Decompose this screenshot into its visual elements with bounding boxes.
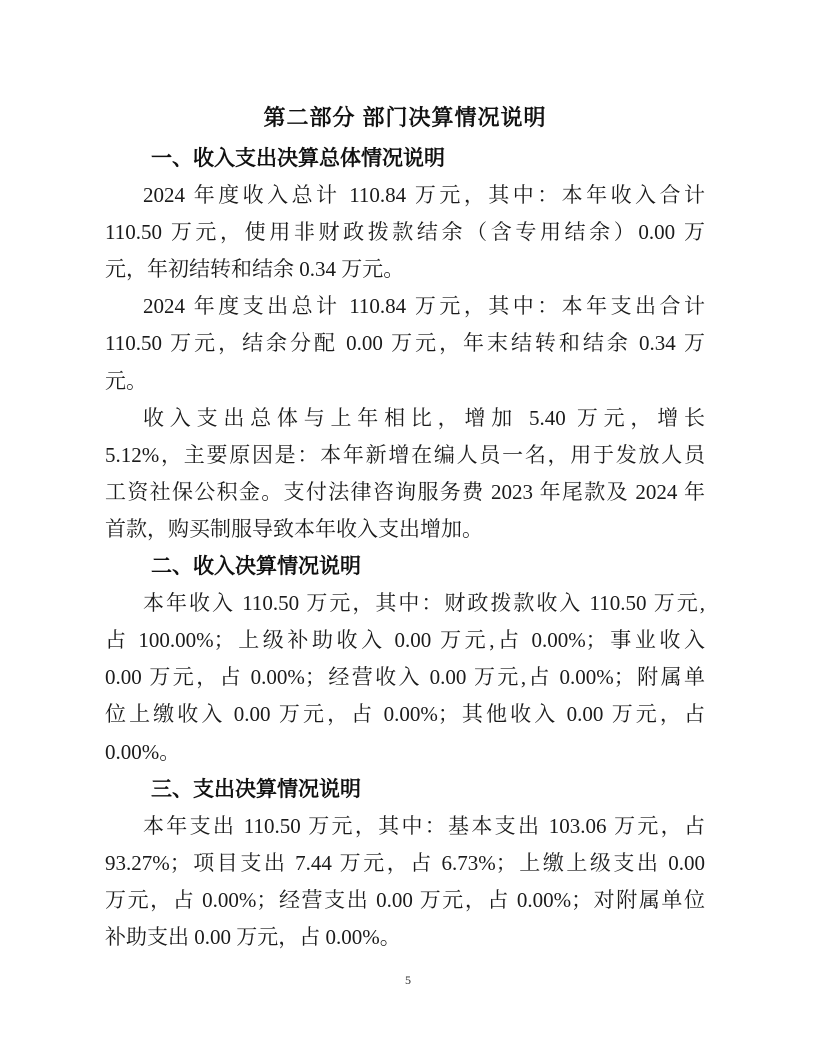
- paragraph-line: 93.27%；项目支出 7.44 万元，占 6.73%；上缴上级支出 0.00: [105, 845, 705, 882]
- paragraph-line: 本年收入 110.50 万元，其中：财政拨款收入 110.50 万元,: [105, 585, 705, 622]
- section-3-heading: 三、支出决算情况说明: [105, 771, 705, 808]
- paragraph-line: 工资社保公积金。支付法律咨询服务费 2023 年尾款及 2024 年: [105, 474, 705, 511]
- paragraph-line: 本年支出 110.50 万元，其中：基本支出 103.06 万元，占: [105, 808, 705, 845]
- paragraph-line: 2024 年度支出总计 110.84 万元，其中：本年支出合计: [105, 288, 705, 325]
- document-page: 第二部分 部门决算情况说明 一、收入支出决算总体情况说明 2024 年度收入总计…: [0, 0, 816, 1056]
- paragraph-line: 110.50 万元，使用非财政拨款结余（含专用结余）0.00 万: [105, 214, 705, 251]
- paragraph-line: 0.00 万元，占 0.00%；经营收入 0.00 万元,占 0.00%；附属单: [105, 659, 705, 696]
- paragraph-line: 收入支出总体与上年相比，增加 5.40 万元，增长: [105, 400, 705, 437]
- document-body: 一、收入支出决算总体情况说明 2024 年度收入总计 110.84 万元，其中：…: [105, 140, 705, 956]
- section-1-heading: 一、收入支出决算总体情况说明: [105, 140, 705, 177]
- paragraph-line: 0.00%。: [105, 734, 705, 771]
- paragraph-line: 万元，占 0.00%；经营支出 0.00 万元，占 0.00%；对附属单位: [105, 882, 705, 919]
- paragraph-line: 补助支出 0.00 万元，占 0.00%。: [105, 919, 705, 956]
- paragraph-line: 元。: [105, 363, 705, 400]
- section-2-heading: 二、收入决算情况说明: [105, 548, 705, 585]
- page-number: 5: [0, 970, 816, 990]
- page-title: 第二部分 部门决算情况说明: [105, 96, 705, 140]
- paragraph-line: 5.12%，主要原因是：本年新增在编人员一名，用于发放人员: [105, 437, 705, 474]
- paragraph-line: 110.50 万元，结余分配 0.00 万元，年末结转和结余 0.34 万: [105, 325, 705, 362]
- paragraph-line: 首款，购买制服导致本年收入支出增加。: [105, 511, 705, 548]
- paragraph-line: 元，年初结转和结余 0.34 万元。: [105, 251, 705, 288]
- paragraph-line: 2024 年度收入总计 110.84 万元，其中：本年收入合计: [105, 177, 705, 214]
- paragraph-line: 占 100.00%；上级补助收入 0.00 万元,占 0.00%；事业收入: [105, 622, 705, 659]
- paragraph-line: 位上缴收入 0.00 万元，占 0.00%；其他收入 0.00 万元，占: [105, 696, 705, 733]
